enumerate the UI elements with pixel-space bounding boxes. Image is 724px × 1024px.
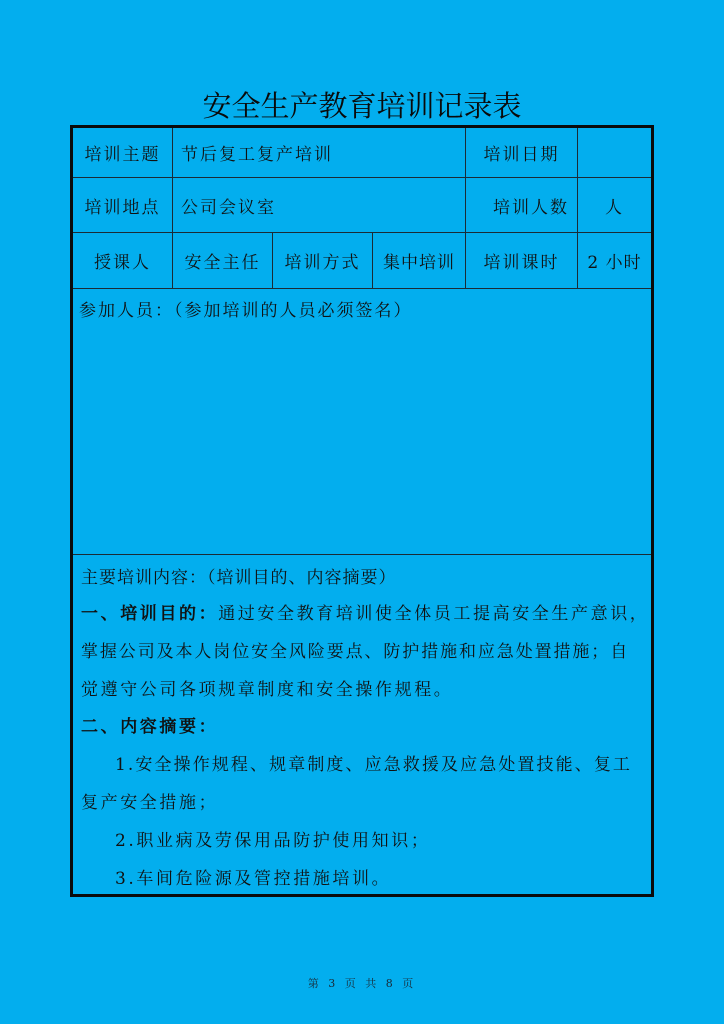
training-record-table: 培训主题 节后复工复产培训 培训日期 培训地点 公司会议室 培训人数 人 授课人… xyxy=(70,125,654,897)
row-divider-3 xyxy=(73,288,651,289)
section1-text-1: 通过安全教育培训使全体员工提高安全生产意识， xyxy=(218,604,649,624)
item2: 2.职业病及劳保用品防护使用知识； xyxy=(115,822,645,860)
topic-value[interactable]: 节后复工复产培训 xyxy=(173,128,465,177)
participants-label: 参加人员：（参加培训的人员必须签名） xyxy=(79,296,413,321)
date-value[interactable] xyxy=(578,128,651,177)
section1-line3: 觉遵守公司各项规章制度和安全操作规程。 xyxy=(81,671,645,709)
row-divider-4 xyxy=(73,554,651,555)
hours-label: 培训课时 xyxy=(466,233,577,288)
item1-line2: 复产安全措施； xyxy=(81,784,645,822)
count-label: 培训人数 xyxy=(466,178,577,232)
method-label: 培训方式 xyxy=(273,233,372,288)
page-number: 第 3 页 共 8 页 xyxy=(0,975,724,991)
count-value[interactable]: 人 xyxy=(578,178,651,232)
document-title: 安全生产教育培训记录表 xyxy=(0,88,724,124)
hours-value[interactable]: 2 小时 xyxy=(578,233,651,288)
lecturer-value[interactable]: 安全主任 xyxy=(173,233,272,288)
section1-label: 一、培训目的： xyxy=(81,604,218,624)
section1-line1: 一、培训目的：通过安全教育培训使全体员工提高安全生产意识， xyxy=(81,595,645,633)
topic-label: 培训主题 xyxy=(73,128,172,177)
location-value[interactable]: 公司会议室 xyxy=(173,178,465,232)
date-label: 培训日期 xyxy=(466,128,577,177)
item3: 3.车间危险源及管控措施培训。 xyxy=(115,860,645,898)
method-value[interactable]: 集中培训 xyxy=(373,233,465,288)
location-label: 培训地点 xyxy=(73,178,172,232)
section2-label: 二、内容摘要： xyxy=(81,708,645,746)
lecturer-label: 授课人 xyxy=(73,233,172,288)
item1-line1: 1.安全操作规程、规章制度、应急救援及应急处置技能、复工 xyxy=(115,746,645,784)
participants-signature-area[interactable] xyxy=(73,323,651,553)
section1-line2: 掌握公司及本人岗位安全风险要点、防护措施和应急处置措施；自 xyxy=(81,633,645,671)
content-heading: 主要培训内容：（培训目的、内容摘要） xyxy=(81,559,645,597)
